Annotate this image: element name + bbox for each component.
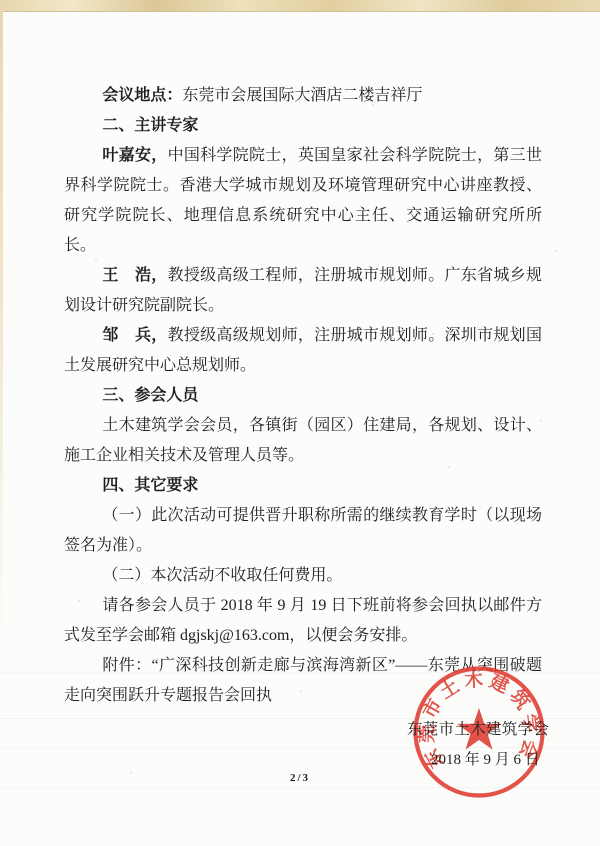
speaker-name: 叶嘉安， <box>102 147 167 164</box>
ink-speck <box>520 150 522 152</box>
signature-organization: 东莞市土木建筑学会 <box>407 717 549 739</box>
paragraph-requirement-2: （二）本次活动不收取任何费用。 <box>64 561 542 591</box>
ink-speck <box>372 104 374 106</box>
heading-requirements: 四、其它要求 <box>64 471 542 501</box>
speaker-name: 邹 兵， <box>102 327 167 344</box>
scan-edge-left <box>0 11 3 651</box>
heading-speakers: 二、主讲专家 <box>64 111 542 141</box>
scan-edge-top <box>0 0 600 12</box>
page-number: 2/3 <box>0 772 600 784</box>
speaker-paragraph-2: 王 浩，教授级高级工程师，注册城市规划师。广东省城乡规划设计研究院副院长。 <box>64 261 542 321</box>
speaker-paragraph-3: 邹 兵，教授级高级规划师，注册城市规划师。深圳市规划国土发展研究中心总规划师。 <box>64 321 542 381</box>
ink-speck <box>540 420 542 422</box>
scan-streak <box>0 828 600 829</box>
paragraph-attendees: 土木建筑学会会员，各镇街（园区）住建局，各规划、设计、施工企业相关技术及管理人员… <box>64 411 542 471</box>
ink-speck <box>170 508 172 510</box>
paragraph-venue: 会议地点：东莞市会展国际大酒店二楼吉祥厅 <box>64 81 542 111</box>
document-body: 会议地点：东莞市会展国际大酒店二楼吉祥厅 二、主讲专家 叶嘉安，中国科学院院士，… <box>64 81 542 711</box>
venue-text: 东莞市会展国际大酒店二楼吉祥厅 <box>182 87 422 104</box>
speaker-paragraph-1: 叶嘉安，中国科学院院士，英国皇家社会科学院院士，第三世界科学院院士。香港大学城市… <box>64 141 542 261</box>
ink-speck <box>78 600 80 602</box>
signature-date: 2018 年 9 月 6 日 <box>431 748 540 769</box>
paragraph-requirement-1: （一）此次活动可提供晋升职称所需的继续教育学时（以现场签名为准）。 <box>64 501 542 561</box>
ink-speck <box>448 466 450 468</box>
venue-label: 会议地点： <box>102 87 182 104</box>
ink-speck <box>432 333 434 335</box>
heading-attendees: 三、参会人员 <box>64 381 542 411</box>
ink-speck <box>300 690 302 692</box>
paragraph-reply-note: 请各参会人员于 2018 年 9 月 19 日下班前将参会回执以邮件方式发至学会… <box>64 591 542 651</box>
ink-speck <box>555 250 557 252</box>
speaker-name: 王 浩， <box>102 267 167 284</box>
ink-speck <box>95 258 97 260</box>
